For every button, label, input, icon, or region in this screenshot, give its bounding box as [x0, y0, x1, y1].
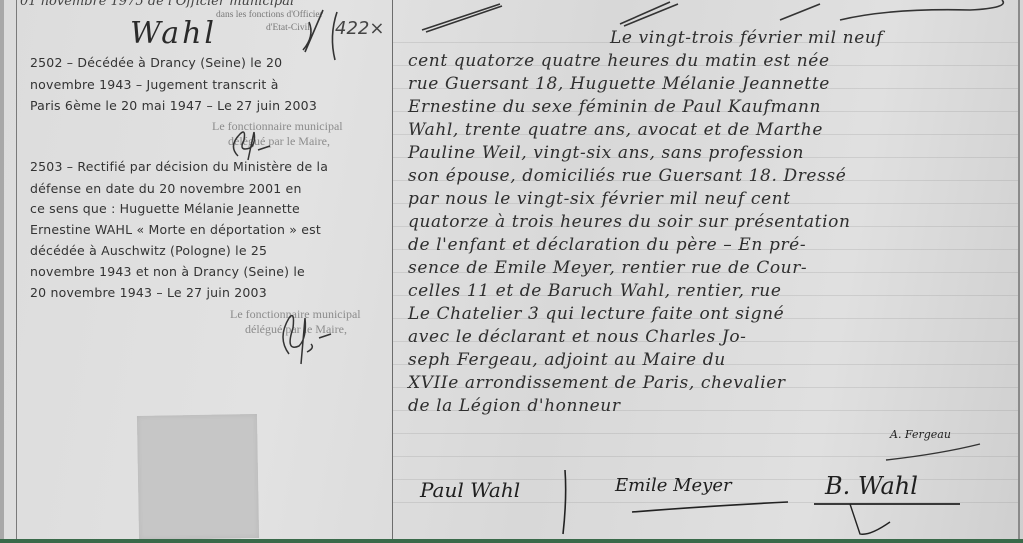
main-text-line8: par nous le vingt-six février mil neuf c…: [408, 189, 791, 209]
margin-note-2503-line3: ce sens que : Huguette Mélanie Jeannette: [30, 201, 300, 216]
main-text-line6: Pauline Weil, vingt-six ans, sans profes…: [408, 143, 804, 163]
margin-note-2503-line1: 2503 – Rectifié par décision du Ministèr…: [30, 159, 328, 174]
margin-note-2503-line5: décédée à Auschwitz (Pologne) le 25: [30, 243, 267, 258]
viewer-bottom-bar: [0, 539, 1023, 543]
tape-patch: [137, 414, 259, 540]
main-text-line14: avec le déclarant et nous Charles Jo-: [408, 327, 747, 347]
father-signature: Paul Wahl: [420, 478, 520, 502]
register-page: 01 novembre 1975 de l'Officier municipal…: [0, 0, 1023, 539]
main-text-line15: seph Fergeau, adjoint au Maire du: [408, 350, 726, 370]
witness1-signature-underline: [628, 488, 798, 518]
page-binding-edge: [0, 0, 4, 539]
main-text-line1: Le vingt-trois février mil neuf: [610, 28, 883, 48]
margin-note-2503-line7: 20 novembre 1943 – Le 27 juin 2003: [30, 285, 267, 300]
main-text-line9: quatorze à trois heures du soir sur prés…: [408, 212, 851, 232]
act-number: 422×: [335, 18, 384, 39]
main-text-line13: Le Chatelier 3 qui lecture faite ont sig…: [408, 304, 784, 324]
margin-note-2502-line2: novembre 1943 – Jugement transcrit à: [30, 77, 279, 92]
right-edge-rule: [1018, 0, 1020, 539]
margin-note-2503-line2: défense en date du 20 novembre 2001 en: [30, 181, 302, 196]
margin-note-2502-line3: Paris 6ème le 20 mai 1947 – Le 27 juin 2…: [30, 98, 317, 113]
margin-note-2502-line1: 2502 – Décédée à Drancy (Seine) le 20: [30, 55, 282, 70]
main-text-line2: cent quatorze quatre heures du matin est…: [408, 51, 830, 71]
father-signature-stroke: [555, 468, 575, 538]
main-text-line5: Wahl, trente quatre ans, avocat et de Ma…: [408, 120, 823, 140]
main-text-line3: rue Guersant 18, Huguette Mélanie Jeanne…: [408, 74, 830, 94]
top-cutoff-text: 01 novembre 1975 de l'Officier municipal: [20, 0, 294, 9]
margin-note-2503-line4: Ernestine WAHL « Morte en déportation » …: [30, 222, 321, 237]
official-signature-2502: [228, 126, 278, 162]
witness2-signature-flourish: [810, 470, 970, 542]
main-text-line16: XVIIe arrondissement de Paris, chevalier: [408, 373, 786, 393]
main-text-line17: de la Légion d'honneur: [408, 396, 621, 416]
surname-heading: Wahl: [130, 16, 217, 51]
main-text-line7: son épouse, domiciliés rue Guersant 18. …: [408, 166, 846, 186]
main-text-line12: celles 11 et de Baruch Wahl, rentier, ru…: [408, 281, 782, 301]
margin-divider: [392, 0, 393, 539]
left-margin-rule: [16, 0, 17, 539]
main-text-line11: sence de Emile Meyer, rentier rue de Cou…: [408, 258, 807, 278]
main-text-line10: de l'enfant et déclaration du père – En …: [408, 235, 806, 255]
main-text-line4: Ernestine du sexe féminin de Paul Kaufma…: [408, 97, 821, 117]
margin-note-2503-line6: novembre 1943 et non à Drancy (Seine) le: [30, 264, 305, 279]
officer-signature-underline: [880, 438, 990, 468]
official-signature-2503: [275, 308, 345, 368]
